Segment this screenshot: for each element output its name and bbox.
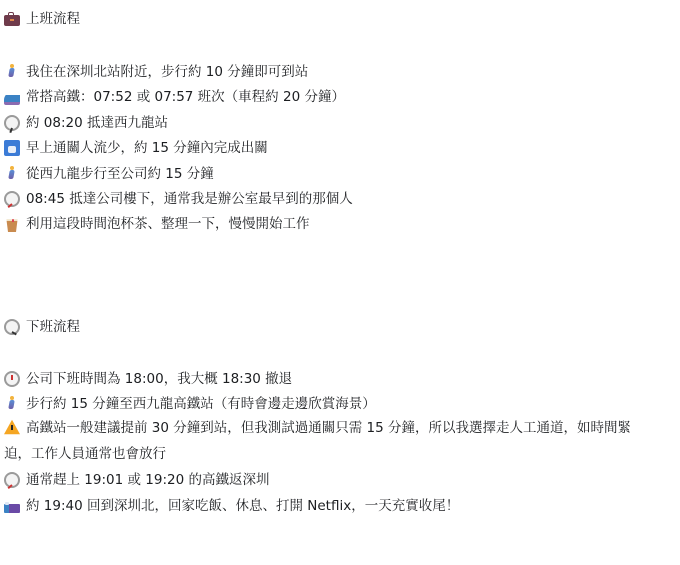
- list-item: 常搭高鐵：07:52 或 07:57 班次（車程約 20 分鐘）: [4, 87, 345, 107]
- item-text: 步行約 15 分鐘至西九龍高鐵站（有時會邊走邊欣賞海景）: [26, 394, 376, 414]
- customs-icon: [4, 140, 20, 156]
- list-item: 公司下班時間為 18:00，我大概 18:30 撤退: [4, 369, 292, 389]
- list-item: 我住在深圳北站附近，步行約 10 分鐘即可到站: [4, 62, 308, 82]
- high-speed-train-icon: [4, 92, 20, 105]
- person-walking-icon: [4, 396, 20, 412]
- item-text: 約 08:20 抵達西九龍站: [26, 113, 168, 133]
- briefcase-icon: [4, 15, 20, 26]
- item-text: 通常趕上 19:01 或 19:20 的高鐵返深圳: [26, 470, 269, 490]
- item-text: 利用這段時間泡杯茶、整理一下，慢慢開始工作: [26, 214, 310, 234]
- item-text: 常搭高鐵：07:52 或 07:57 班次（車程約 20 分鐘）: [26, 87, 345, 107]
- list-item: 約 08:20 抵達西九龍站: [4, 113, 168, 133]
- list-item: 步行約 15 分鐘至西九龍高鐵站（有時會邊走邊欣賞海景）: [4, 394, 376, 414]
- warning-icon: [4, 419, 20, 435]
- clock-icon: [4, 115, 20, 131]
- section-heading-morning: 上班流程: [4, 9, 80, 29]
- clock-icon: [4, 371, 20, 387]
- clock-icon: [4, 191, 20, 207]
- heading-text: 上班流程: [26, 9, 80, 29]
- bed-icon: [4, 504, 20, 513]
- list-item: 約 19:40 回到深圳北，回家吃飯、休息、打開 Netflix，一天充實收尾！: [4, 496, 459, 516]
- item-text: 08:45 抵達公司樓下，通常我是辦公室最早到的那個人: [26, 189, 353, 209]
- item-text: 我住在深圳北站附近，步行約 10 分鐘即可到站: [26, 62, 308, 82]
- item-text: 從西九龍步行至公司約 15 分鐘: [26, 164, 214, 184]
- list-item: 高鐵站一般建議提前 30 分鐘到站，但我測試過通關只需 15 分鐘，所以我選擇走…: [4, 416, 654, 467]
- section-heading-evening: 下班流程: [4, 317, 80, 337]
- list-item: 從西九龍步行至公司約 15 分鐘: [4, 164, 214, 184]
- item-text: 高鐵站一般建議提前 30 分鐘到站，但我測試過通關只需 15 分鐘，所以我選擇走…: [4, 420, 631, 462]
- list-item: 通常趕上 19:01 或 19:20 的高鐵返深圳: [4, 470, 269, 490]
- item-text: 約 19:40 回到深圳北，回家吃飯、休息、打開 Netflix，一天充實收尾！: [26, 496, 459, 516]
- post-body: 上班流程 我住在深圳北站附近，步行約 10 分鐘即可到站 常搭高鐵：07:52 …: [0, 0, 680, 8]
- list-item: 08:45 抵達公司樓下，通常我是辦公室最早到的那個人: [4, 189, 353, 209]
- heading-text: 下班流程: [26, 317, 80, 337]
- clock-icon: [4, 472, 20, 488]
- bubble-tea-icon: [4, 216, 20, 232]
- clock-icon: [4, 319, 20, 335]
- person-walking-icon: [4, 64, 20, 80]
- item-text: 公司下班時間為 18:00，我大概 18:30 撤退: [26, 369, 292, 389]
- item-text: 早上通關人流少，約 15 分鐘內完成出關: [26, 138, 268, 158]
- list-item: 早上通關人流少，約 15 分鐘內完成出關: [4, 138, 268, 158]
- person-walking-icon: [4, 166, 20, 182]
- list-item: 利用這段時間泡杯茶、整理一下，慢慢開始工作: [4, 214, 310, 234]
